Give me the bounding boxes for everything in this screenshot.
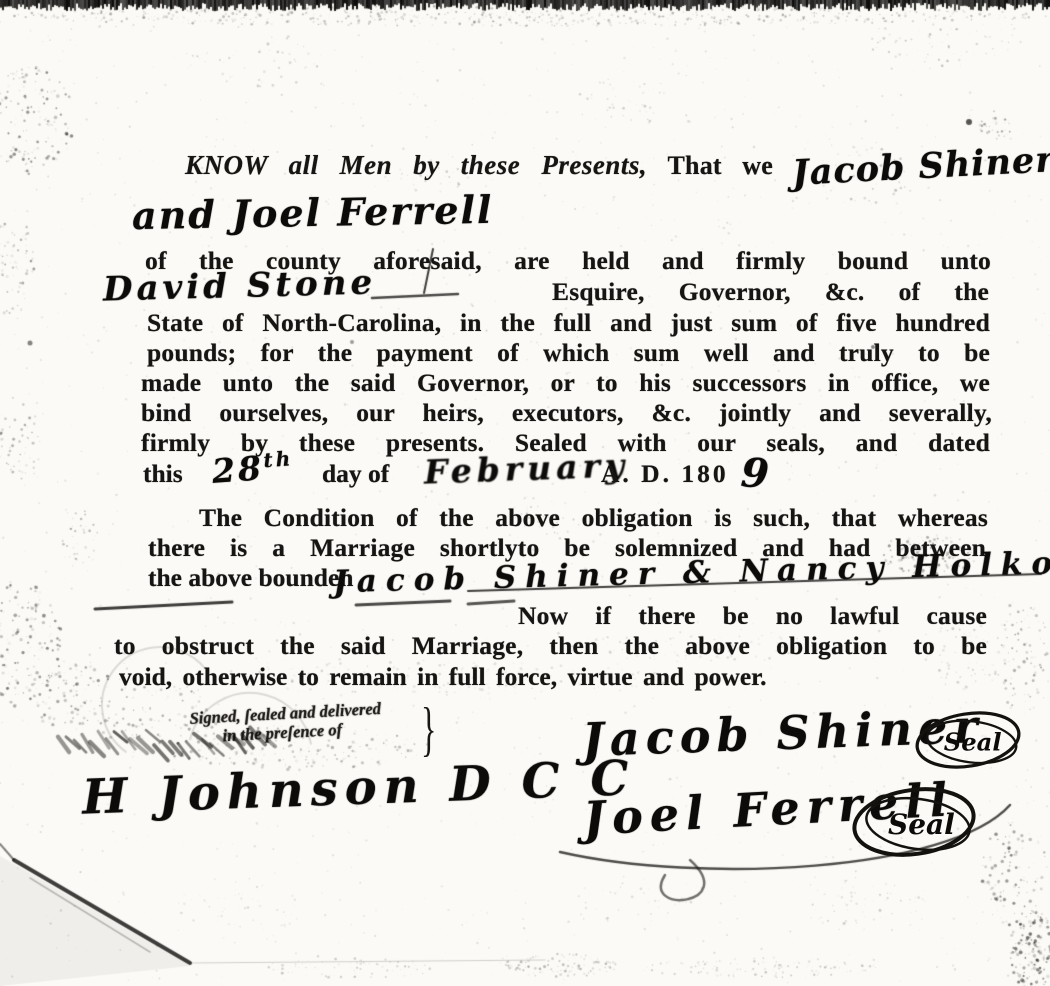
body-line-bind: bind ourselves, our heirs, executors, &c… bbox=[141, 398, 992, 428]
scanned-marriage-bond-document: KNOW all Men by these Presents, That we … bbox=[0, 0, 1050, 986]
attestation-clause: Signed, ſealed and delivered in the preſ… bbox=[189, 699, 382, 747]
handwritten-month: February bbox=[423, 445, 629, 491]
document-text-layer: KNOW all Men by these Presents, That we … bbox=[0, 0, 1050, 986]
headline-that-we: That we bbox=[668, 151, 774, 180]
date-word-this: this bbox=[143, 459, 183, 489]
handwritten-day: 28th bbox=[211, 446, 295, 491]
day-number: 28 bbox=[211, 448, 266, 491]
date-words-day-of: day of bbox=[322, 459, 389, 489]
handwritten-principal2-name: and Joel Ferrell bbox=[132, 187, 494, 238]
seal1-label: Seal bbox=[944, 727, 1002, 756]
seal-flourish-1: Seal bbox=[912, 704, 1024, 776]
body-line-esquire: Esquire, Governor, &c. of the bbox=[552, 277, 989, 307]
handwritten-year-digit: 9 bbox=[739, 449, 770, 498]
handwritten-principal1-name: Jacob Shiner bbox=[791, 139, 1050, 194]
signature-witness: H Johnson D C C bbox=[81, 750, 636, 825]
seal2-text: Seal bbox=[888, 808, 955, 841]
day-suffix: th bbox=[263, 446, 294, 472]
body-line-pounds: pounds; for the payment of which sum wel… bbox=[147, 338, 990, 368]
condition-line6: void, otherwise to remain in full force,… bbox=[119, 662, 767, 692]
seal2-label: Seal bbox=[888, 808, 955, 841]
seal1-text: Seal bbox=[944, 727, 1002, 756]
condition-line3-bounden: the above bounden bbox=[148, 563, 353, 593]
condition-line1: The Condition of the above obligation is… bbox=[199, 503, 988, 533]
attestation-brace: } bbox=[421, 694, 436, 764]
body-line-state: State of North-Carolina, in the full and… bbox=[147, 308, 990, 338]
handwritten-governor-name: David Stone bbox=[103, 262, 377, 309]
headline-line: KNOW all Men by these Presents, That we bbox=[185, 150, 773, 181]
headline-know-all-men: KNOW all Men by these Presents, bbox=[185, 150, 647, 180]
condition-line4-now-if: Now if there be no lawful cause bbox=[518, 601, 987, 631]
body-line-made: made unto the said Governor, or to his s… bbox=[141, 368, 990, 398]
condition-line5: to obstruct the said Marriage, then the … bbox=[114, 631, 987, 661]
date-ad-180: A. D. 180 bbox=[601, 459, 729, 489]
seal-flourish-2: Seal bbox=[850, 780, 978, 864]
